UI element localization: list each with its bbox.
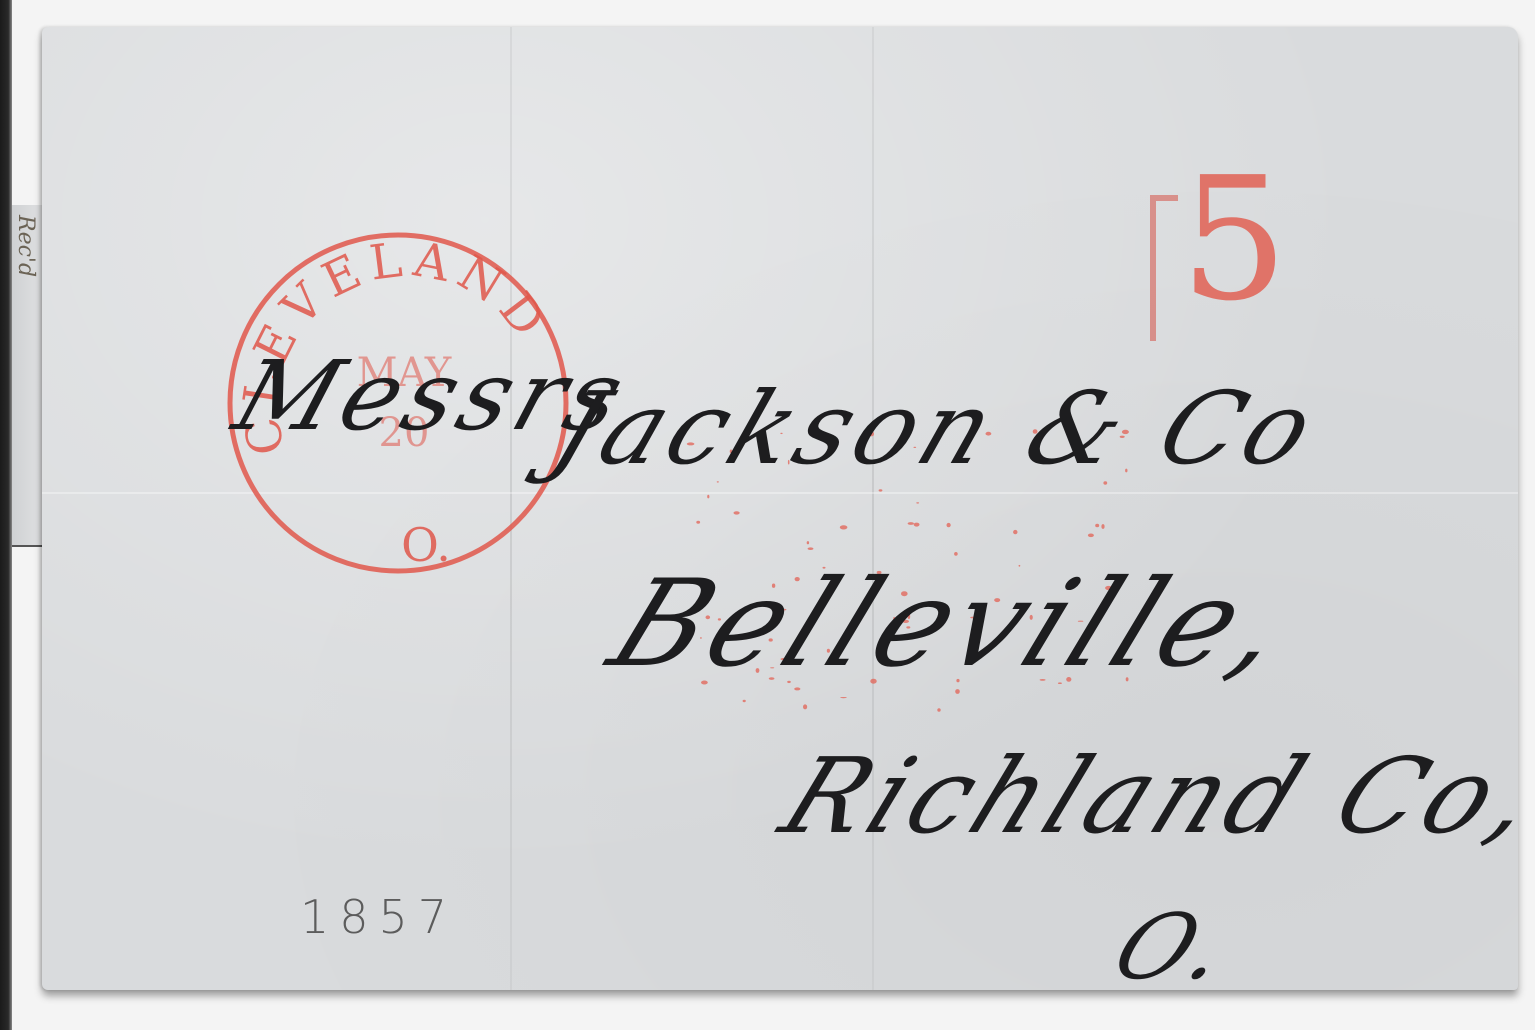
rate-marking: 5: [1140, 185, 1310, 350]
rate-bracket: [1150, 195, 1178, 341]
address-addressee: Jackson & Co: [539, 370, 1335, 487]
rate-value: 5: [1180, 155, 1288, 325]
pencil-year-notation: 1857: [300, 890, 457, 944]
address-town: Belleville,: [592, 555, 1313, 694]
address-county: Richland Co,: [765, 735, 1535, 857]
flap-note: Rec'd: [13, 215, 38, 277]
scanner-edge: [0, 0, 12, 1030]
postmark-state: O.: [401, 518, 451, 572]
